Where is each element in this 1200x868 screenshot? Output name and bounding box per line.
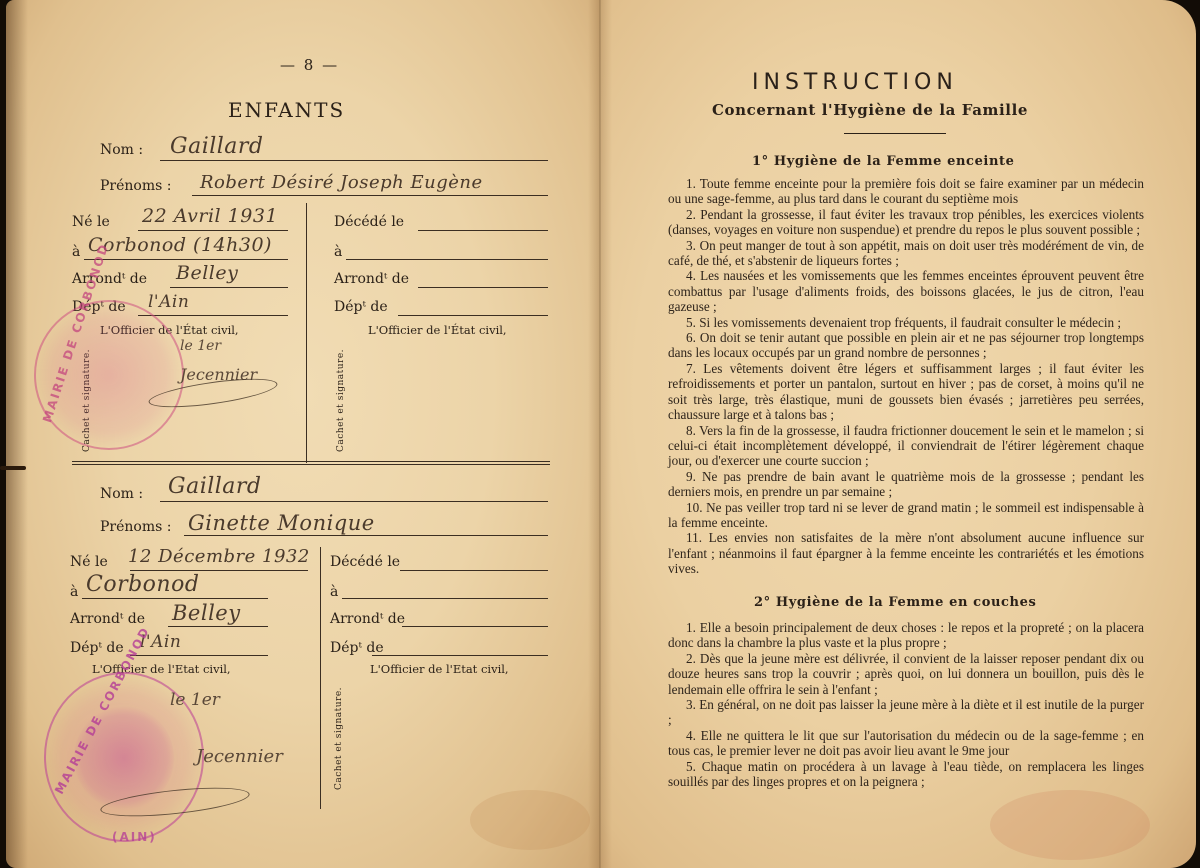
prenoms-line <box>192 195 548 196</box>
ne-le-line <box>130 570 308 571</box>
instruction-item: 3. En général, on ne doit pas laisser la… <box>668 697 1144 728</box>
section-heading-2: 2° Hygiène de la Femme en couches <box>754 595 1036 610</box>
instruction-item: 1. Elle a besoin principalement de deux … <box>668 620 1144 651</box>
birth-place-value: Corbonod <box>86 572 199 597</box>
instruction-item: 4. Les nausées et les vomissements que l… <box>668 268 1144 314</box>
prenoms-value: Robert Désiré Joseph Eugène <box>200 172 483 193</box>
paper-stain <box>470 790 590 850</box>
dep-line <box>130 655 268 656</box>
prenoms-label: Prénoms : <box>100 519 171 535</box>
officer-signature: Jecennier <box>196 746 283 767</box>
instruction-item: 9. Ne pas prendre de bain avant le quatr… <box>668 469 1144 500</box>
death-officer-label: L'Officier de l'État civil, <box>368 323 507 337</box>
column-divider <box>320 547 321 809</box>
ne-le-label: Né le <box>70 554 108 570</box>
officer-signature-note: le 1er <box>180 338 221 354</box>
instruction-item: 7. Les vêtements doivent être légers et … <box>668 361 1144 423</box>
arrond-value: Belley <box>176 262 238 284</box>
instruction-title: INSTRUCTION <box>752 70 958 95</box>
birth-place-line <box>82 598 268 599</box>
arrond-line <box>170 287 288 288</box>
decede-line <box>418 230 548 231</box>
page-number: — 8 — <box>280 56 339 74</box>
arrond-value: Belley <box>172 601 241 625</box>
death-dep-label: Dépᵗ de <box>330 640 384 656</box>
instruction-item: 4. Elle ne quittera le lit que sur l'aut… <box>668 728 1144 759</box>
death-place-line <box>346 259 548 260</box>
decede-line <box>400 570 548 571</box>
nom-value: Gaillard <box>170 134 264 159</box>
instruction-item: 11. Les envies non satisfaites de la mèr… <box>668 530 1144 576</box>
nom-value: Gaillard <box>168 474 262 499</box>
nom-label: Nom : <box>100 486 143 502</box>
section-body-1: 1. Toute femme enceinte pour la première… <box>668 176 1144 577</box>
nom-label: Nom : <box>100 142 143 158</box>
nom-line <box>160 501 548 502</box>
officer-signature-note: le 1er <box>170 690 220 710</box>
birth-place-line <box>84 259 288 260</box>
death-a-label: à <box>334 244 342 260</box>
decede-le-label: Décédé le <box>330 554 400 570</box>
page-title: ENFANTS <box>228 98 345 122</box>
death-cachet-label: Cachet et signature. <box>334 687 344 790</box>
death-arrond-line <box>402 626 548 627</box>
instruction-item: 2. Dès que la jeune mère est délivrée, i… <box>668 651 1144 697</box>
prenoms-value: Ginette Monique <box>188 511 375 535</box>
title-rule <box>844 133 946 134</box>
death-officer-label: L'Officier de l'Etat civil, <box>370 662 509 676</box>
death-place-line <box>342 598 548 599</box>
death-a-label: à <box>330 584 338 600</box>
death-arrond-label: Arrondᵗ de <box>334 271 409 287</box>
decede-le-label: Décédé le <box>334 214 404 230</box>
birth-date-value: 12 Décembre 1932 <box>128 546 310 567</box>
nom-line <box>160 160 548 161</box>
instruction-subtitle: Concernant l'Hygiène de la Famille <box>712 101 1028 119</box>
instruction-item: 5. Si les vomissements devenaient trop f… <box>668 315 1144 330</box>
death-dep-line <box>372 655 548 656</box>
prenoms-label: Prénoms : <box>100 178 171 194</box>
death-arrond-label: Arrondᵗ de <box>330 611 405 627</box>
ne-le-line <box>138 230 288 231</box>
a-label: à <box>70 584 78 600</box>
instruction-item: 1. Toute femme enceinte pour la première… <box>668 176 1144 207</box>
instruction-item: 6. On doit se tenir autant que possible … <box>668 330 1144 361</box>
column-divider <box>306 203 307 463</box>
birth-place-value: Corbonod (14h30) <box>88 234 272 256</box>
instruction-item: 10. Ne pas veiller trop tard ni se lever… <box>668 500 1144 531</box>
a-label: à <box>72 244 80 260</box>
death-arrond-line <box>418 287 548 288</box>
death-dep-label: Dépᵗ de <box>334 299 388 315</box>
instruction-item: 3. On peut manger de tout à son appétit,… <box>668 238 1144 269</box>
section-heading-1: 1° Hygiène de la Femme enceinte <box>752 154 1015 169</box>
section-body-2: 1. Elle a besoin principalement de deux … <box>668 620 1144 789</box>
dep-value: l'Ain <box>148 292 189 312</box>
death-cachet-label: Cachet et signature. <box>336 349 346 452</box>
birth-date-value: 22 Avril 1931 <box>142 205 278 227</box>
death-dep-line <box>398 315 548 316</box>
prenoms-line <box>184 535 548 536</box>
ne-le-label: Né le <box>72 214 110 230</box>
paper-stain <box>990 790 1150 860</box>
dep-line <box>138 315 288 316</box>
instruction-item: 8. Vers la fin de la grossesse, il faudr… <box>668 423 1144 469</box>
arrond-label: Arrondᵗ de <box>70 611 145 627</box>
book-fold <box>588 0 612 868</box>
arrond-line <box>168 626 268 627</box>
page-crease <box>0 466 26 470</box>
instruction-item: 2. Pendant la grossesse, il faut éviter … <box>668 207 1144 238</box>
instruction-item: 5. Chaque matin on procédera à un lavage… <box>668 759 1144 790</box>
entry-separator <box>72 461 550 465</box>
dep-label: Dépᵗ de <box>70 640 124 656</box>
stamp-bottom-text: (AIN) <box>112 830 157 844</box>
